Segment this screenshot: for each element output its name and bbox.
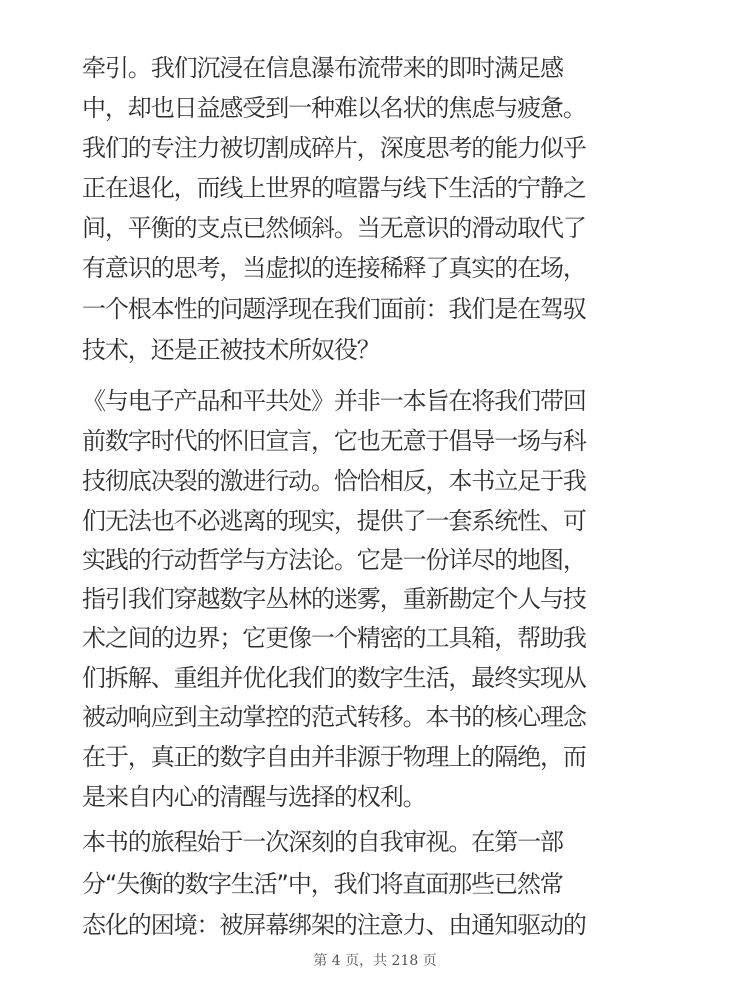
- text-line: 一个根本性的问题浮现在我们面前：我们是在驾驭: [82, 295, 586, 323]
- text-line: 是来自内心的清醒与选择的权利。: [82, 783, 426, 811]
- text-line: 间，平衡的支点已然倾斜。当无意识的滑动取代了: [82, 214, 586, 242]
- text-line: 们无法也不必逃离的现实，提供了一套系统性、可: [82, 507, 586, 535]
- text-line: 正在退化，而线上世界的喧嚣与线下生活的宁静之: [82, 174, 586, 202]
- text-line: 在于，真正的数字自由并非源于物理上的隔绝，而: [82, 743, 586, 771]
- text-line: 牵引。我们沉浸在信息瀑布流带来的即时满足感: [82, 54, 563, 82]
- text-line: 技彻底决裂的激进行动。恰恰相反，本书立足于我: [82, 467, 586, 495]
- text-line: 态化的困境：被屏幕绑架的注意力、由通知驱动的: [82, 911, 586, 939]
- text-line: 我们的专注力被切割成碎片，深度思考的能力似乎: [82, 134, 586, 162]
- text-line: 们拆解、重组并优化我们的数字生活，最终实现从: [82, 664, 586, 692]
- page-number-footer: 第 4 页，共 218 页: [0, 950, 750, 970]
- text-line: 前数字时代的怀旧宣言，它也无意于倡导一场与科: [82, 427, 586, 455]
- text-line: 术之间的边界；它更像一个精密的工具箱，帮助我: [82, 624, 586, 652]
- text-line: 被动响应到主动掌控的范式转移。本书的核心理念: [82, 703, 586, 731]
- document-page: 牵引。我们沉浸在信息瀑布流带来的即时满足感 中，却也日益感受到一种难以名状的焦虑…: [0, 0, 750, 1000]
- text-line: 《与电子产品和平共处》并非一本旨在将我们带回: [82, 387, 586, 415]
- text-line: 中，却也日益感受到一种难以名状的焦虑与疲惫。: [82, 94, 586, 122]
- text-line: 有意识的思考，当虚拟的连接稀释了真实的在场，: [82, 254, 586, 282]
- text-line: 分“失衡的数字生活”中，我们将直面那些已然常: [82, 870, 563, 898]
- text-line: 指引我们穿越数字丛林的迷雾，重新勘定个人与技: [82, 585, 586, 613]
- text-line: 本书的旅程始于一次深刻的自我审视。在第一部: [82, 828, 563, 856]
- text-line: 实践的行动哲学与方法论。它是一份详尽的地图，: [82, 546, 586, 574]
- text-line: 技术，还是正被技术所奴役？: [82, 336, 380, 364]
